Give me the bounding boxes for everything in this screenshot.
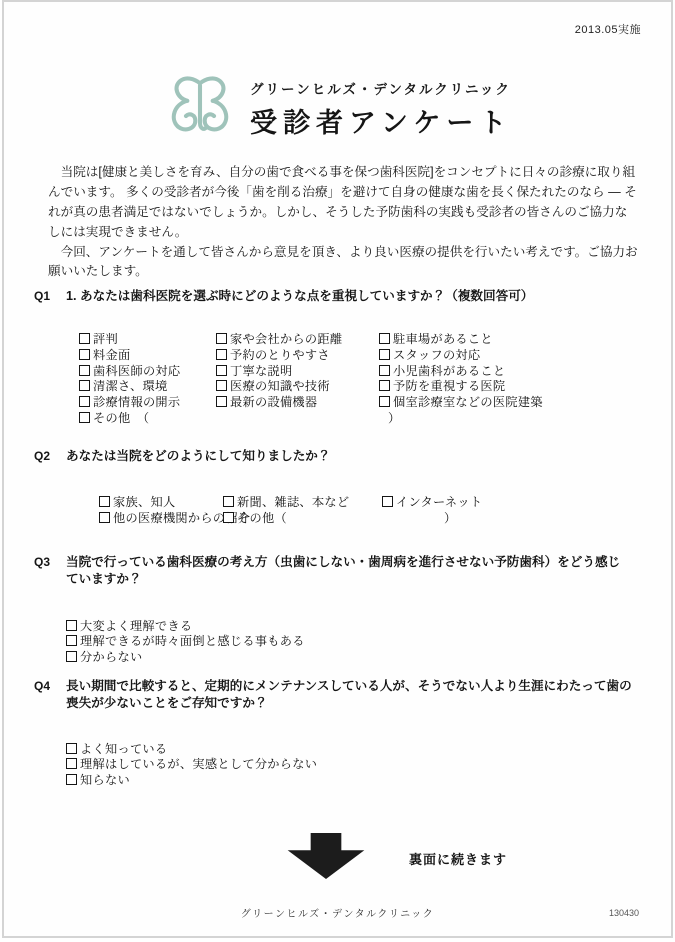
continuation-text: 裏面に続きます: [409, 849, 507, 868]
option-label: 歯科医師の対応: [93, 364, 180, 378]
down-arrow-icon: [287, 833, 365, 884]
continuation-note: 裏面に続きます: [287, 833, 507, 884]
option-label: 理解はしているが、実感として分からない: [80, 757, 317, 771]
question-1-text: 1. あなたは歯科医院を選ぶ時にどのような点を重視していますか？（複数回答可）: [66, 288, 533, 305]
question-2-options: 家族、知人新聞、雑誌、本などインターネット 他の医療機関からの紹介その他（ ）: [99, 495, 654, 526]
checkbox-option: 医療の知識や技術: [216, 379, 379, 395]
checkbox[interactable]: [79, 349, 90, 360]
q2-options-row-2-list: 他の医療機関からの紹介その他（: [99, 511, 382, 527]
question-3-label: Q3: [34, 554, 66, 569]
option-label: 予約のとりやすさ: [230, 348, 330, 362]
checkbox-option: よく知っている: [66, 742, 654, 758]
option-label: 分からない: [80, 650, 142, 664]
option-label: 小児歯科があること: [393, 364, 505, 378]
checkbox[interactable]: [379, 380, 390, 391]
option-label: 最新の設備機器: [230, 395, 317, 409]
checkbox[interactable]: [66, 758, 77, 769]
checkbox[interactable]: [79, 365, 90, 376]
checkbox[interactable]: [79, 396, 90, 407]
q2-options-row-2: 他の医療機関からの紹介その他（ ）: [99, 511, 654, 527]
option-label: 医療の知識や技術: [230, 379, 330, 393]
checkbox-option: 診療情報の開示: [79, 395, 216, 411]
checkbox[interactable]: [216, 349, 227, 360]
checkbox[interactable]: [66, 774, 77, 785]
option-label: 駐車場があること: [393, 332, 493, 346]
checkbox[interactable]: [79, 380, 90, 391]
checkbox-option: 個室診療室などの医院建築: [379, 395, 654, 411]
option-label: 大変よく理解できる: [80, 619, 192, 633]
checkbox-option: 家や会社からの距離: [216, 332, 379, 348]
q1-closing-paren: ）: [388, 411, 654, 427]
checkbox[interactable]: [379, 333, 390, 344]
checkbox[interactable]: [379, 365, 390, 376]
checkbox-option: 分からない: [66, 650, 654, 666]
question-3: Q3 当院で行っている歯科医療の考え方（虫歯にしない・歯周病を進行させない予防歯…: [34, 554, 654, 666]
checkbox-option: 最新の設備機器: [216, 395, 379, 411]
checkbox-option: 予防を重視する医院: [379, 379, 654, 395]
clinic-name: グリーンヒルズ・デンタルクリニック: [250, 78, 512, 98]
checkbox[interactable]: [66, 651, 77, 662]
checkbox[interactable]: [79, 333, 90, 344]
checkbox-option: 評判: [79, 332, 216, 348]
checkbox-option: その他 （: [79, 411, 216, 427]
checkbox[interactable]: [99, 512, 110, 523]
checkbox-option: 大変よく理解できる: [66, 619, 654, 635]
question-3-options: 大変よく理解できる理解できるが時々面倒と感じる事もある分からない: [66, 619, 654, 666]
option-label: よく知っている: [80, 742, 167, 756]
question-2-text: あなたは当院をどのようにして知りましたか？: [66, 448, 330, 465]
q1-options-column-1: 評判料金面歯科医師の対応清潔さ、環境診療情報の開示その他 （: [79, 332, 216, 426]
intro-text: 当院は[健康と美しさを育み、自分の歯で食べる事を保つ歯科医院]をコンセプトに日々…: [48, 163, 638, 282]
checkbox-option: 新聞、雑誌、本など: [223, 495, 382, 511]
option-label: その他 （: [93, 411, 149, 425]
checkbox-option: 予約のとりやすさ: [216, 348, 379, 364]
q1-options-column-3: 駐車場があることスタッフの対応小児歯科があること予防を重視する医院個室診療室など…: [379, 332, 654, 426]
survey-date-note: 2013.05実施: [575, 21, 641, 37]
checkbox-option: 小児歯科があること: [379, 364, 654, 380]
question-2: Q2 あなたは当院をどのようにして知りましたか？ 家族、知人新聞、雑誌、本などイ…: [34, 448, 654, 527]
checkbox-option: 理解できるが時々面倒と感じる事もある: [66, 634, 654, 650]
option-label: 家族、知人: [113, 495, 175, 509]
option-label: 丁寧な説明: [230, 364, 292, 378]
checkbox-option: 理解はしているが、実感として分からない: [66, 757, 654, 773]
q1-options-column-3-list: 駐車場があることスタッフの対応小児歯科があること予防を重視する医院個室診療室など…: [379, 332, 654, 411]
question-4-label: Q4: [34, 678, 66, 693]
option-label: 評判: [93, 332, 118, 346]
checkbox[interactable]: [79, 412, 90, 423]
footer-form-code: 130430: [609, 908, 639, 918]
checkbox[interactable]: [216, 333, 227, 344]
checkbox[interactable]: [216, 365, 227, 376]
checkbox[interactable]: [223, 512, 234, 523]
checkbox[interactable]: [99, 496, 110, 507]
option-label: 予防を重視する医院: [393, 379, 505, 393]
tooth-swirl-logo-icon: [162, 74, 238, 144]
checkbox[interactable]: [379, 396, 390, 407]
option-label: 新聞、雑誌、本など: [237, 495, 349, 509]
option-label: その他（: [237, 511, 287, 525]
question-1-options: 評判料金面歯科医師の対応清潔さ、環境診療情報の開示その他 （ 家や会社からの距離…: [79, 332, 654, 426]
option-label: 理解できるが時々面倒と感じる事もある: [80, 634, 305, 648]
checkbox[interactable]: [223, 496, 234, 507]
question-3-text: 当院で行っている歯科医療の考え方（虫歯にしない・歯周病を進行させない予防歯科）を…: [66, 554, 632, 589]
q2-closing-paren: ）: [444, 511, 456, 527]
checkbox-option: 駐車場があること: [379, 332, 654, 348]
checkbox-option: その他（: [223, 511, 382, 527]
clinic-header: グリーンヒルズ・デンタルクリニック 受診者アンケート: [162, 74, 512, 144]
question-2-label: Q2: [34, 448, 66, 463]
checkbox[interactable]: [66, 620, 77, 631]
checkbox-option: 他の医療機関からの紹介: [99, 511, 223, 527]
checkbox[interactable]: [66, 635, 77, 646]
checkbox-option: 清潔さ、環境: [79, 379, 216, 395]
footer-clinic-name: グリーンヒルズ・デンタルクリニック: [4, 905, 671, 920]
option-label: 料金面: [93, 348, 130, 362]
option-label: 個室診療室などの医院建築: [393, 395, 543, 409]
q2-options-row-1: 家族、知人新聞、雑誌、本などインターネット: [99, 495, 654, 511]
checkbox-option: 料金面: [79, 348, 216, 364]
checkbox[interactable]: [216, 396, 227, 407]
checkbox[interactable]: [216, 380, 227, 391]
checkbox[interactable]: [382, 496, 393, 507]
question-4-options: よく知っている理解はしているが、実感として分からない知らない: [66, 742, 654, 789]
option-label: 家や会社からの距離: [230, 332, 342, 346]
checkbox-option: 歯科医師の対応: [79, 364, 216, 380]
questionnaire-page: 2013.05実施 グリーンヒルズ・デンタルクリニック 受診者アンケート 当院は…: [2, 0, 673, 938]
q1-options-column-2: 家や会社からの距離予約のとりやすさ丁寧な説明医療の知識や技術最新の設備機器: [216, 332, 379, 426]
question-4: Q4 長い期間で比較すると、定期的にメンテナンスしている人が、そうでない人より生…: [34, 678, 654, 789]
checkbox[interactable]: [379, 349, 390, 360]
checkbox-option: スタッフの対応: [379, 348, 654, 364]
intro-paragraph-1: 当院は[健康と美しさを育み、自分の歯で食べる事を保つ歯科医院]をコンセプトに日々…: [48, 163, 638, 243]
option-label: 清潔さ、環境: [93, 379, 167, 393]
question-4-text: 長い期間で比較すると、定期的にメンテナンスしている人が、そうでない人より生涯にわ…: [66, 678, 632, 713]
option-label: インターネット: [396, 495, 482, 509]
option-label: スタッフの対応: [393, 348, 480, 362]
question-1: Q1 1. あなたは歯科医院を選ぶ時にどのような点を重視していますか？（複数回答…: [34, 288, 654, 427]
question-1-label: Q1: [34, 288, 66, 303]
checkbox-option: 家族、知人: [99, 495, 223, 511]
checkbox-option: 丁寧な説明: [216, 364, 379, 380]
checkbox-option: インターネット: [382, 495, 654, 511]
checkbox-option: 知らない: [66, 773, 654, 789]
intro-paragraph-2: 今回、アンケートを通して皆さんから意見を頂き、より良い医療の提供を行いたい考えで…: [48, 243, 638, 283]
option-label: 知らない: [80, 773, 130, 787]
page-title: 受診者アンケート: [250, 101, 512, 140]
checkbox[interactable]: [66, 743, 77, 754]
option-label: 診療情報の開示: [93, 395, 180, 409]
